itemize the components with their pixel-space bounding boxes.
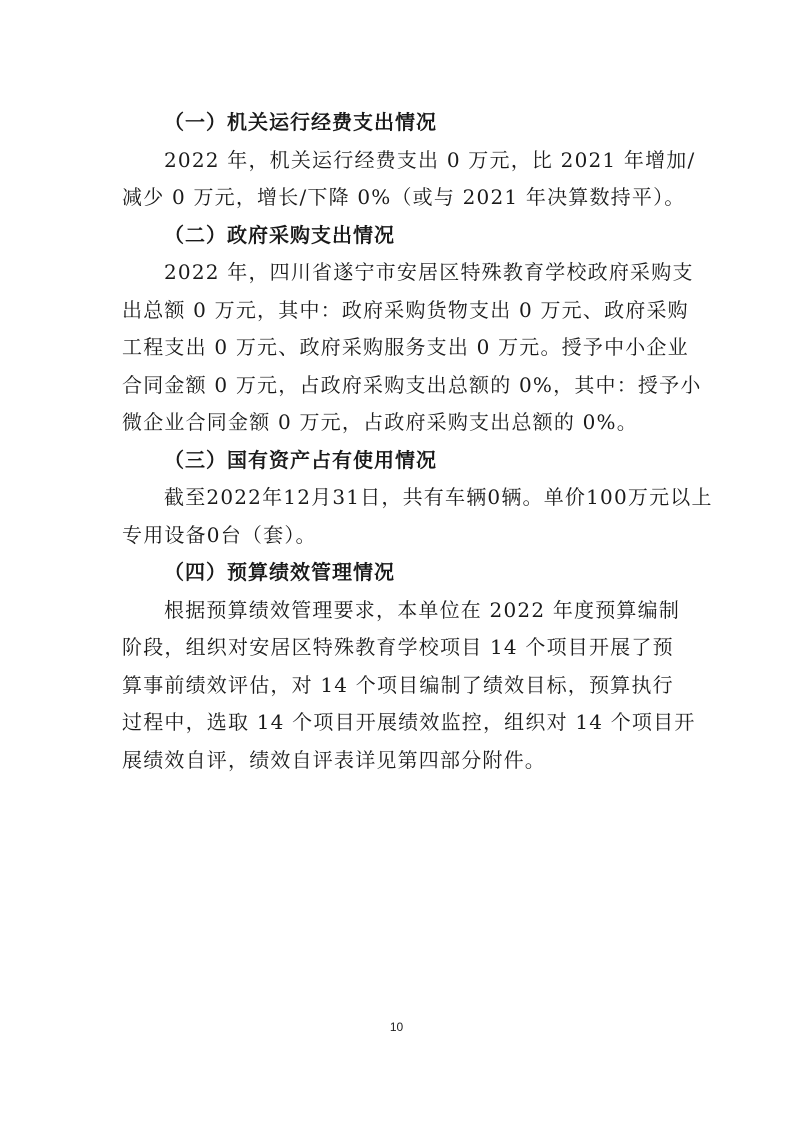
section-heading-procurement: （二）政府采购支出情况 [122, 217, 673, 255]
page-number: 10 [0, 1020, 793, 1034]
paragraph-line: 2022 年，机关运行经费支出 0 万元，比 2021 年增加/ [122, 142, 673, 180]
document-page: （一）机关运行经费支出情况 2022 年，机关运行经费支出 0 万元，比 202… [0, 0, 793, 1122]
paragraph-line: 出总额 0 万元，其中：政府采购货物支出 0 万元、政府采购 [122, 292, 673, 330]
paragraph-line: 合同金额 0 万元，占政府采购支出总额的 0%，其中：授予小 [122, 367, 673, 405]
paragraph-line: 微企业合同金额 0 万元，占政府采购支出总额的 0%。 [122, 404, 673, 442]
paragraph-line: 展绩效自评，绩效自评表详见第四部分附件。 [122, 742, 673, 780]
paragraph-line: 阶段，组织对安居区特殊教育学校项目 14 个项目开展了预 [122, 629, 673, 667]
paragraph-line: 过程中，选取 14 个项目开展绩效监控，组织对 14 个项目开 [122, 704, 673, 742]
section-heading-state-assets: （三）国有资产占有使用情况 [122, 442, 673, 480]
paragraph-line: 截至2022年12月31日，共有车辆0辆。单价100万元以上 [122, 479, 673, 517]
paragraph-line: 根据预算绩效管理要求，本单位在 2022 年度预算编制 [122, 592, 673, 630]
paragraph-line: 减少 0 万元，增长/下降 0%（或与 2021 年决算数持平）。 [122, 179, 673, 217]
paragraph-line: 2022 年，四川省遂宁市安居区特殊教育学校政府采购支 [122, 254, 673, 292]
page-content: （一）机关运行经费支出情况 2022 年，机关运行经费支出 0 万元，比 202… [122, 104, 673, 779]
paragraph-line: 工程支出 0 万元、政府采购服务支出 0 万元。授予中小企业 [122, 329, 673, 367]
paragraph-line: 专用设备0台（套）。 [122, 517, 673, 555]
section-heading-performance-management: （四）预算绩效管理情况 [122, 554, 673, 592]
paragraph-line: 算事前绩效评估，对 14 个项目编制了绩效目标，预算执行 [122, 667, 673, 705]
section-heading-operating-expenses: （一）机关运行经费支出情况 [122, 104, 673, 142]
